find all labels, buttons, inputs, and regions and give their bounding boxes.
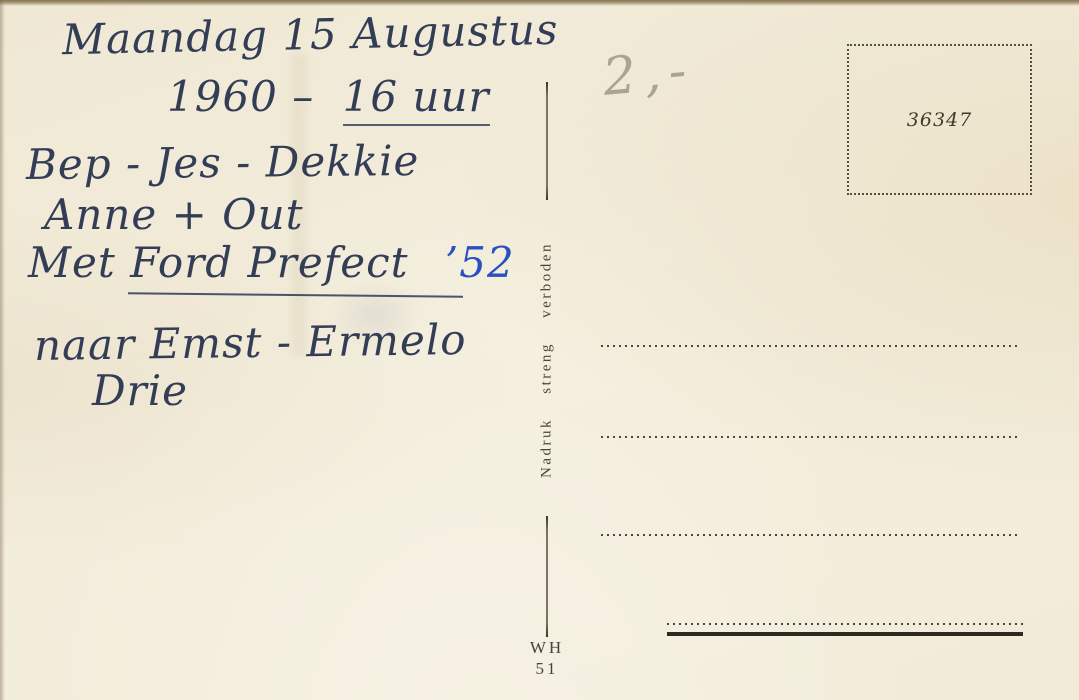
- handwriting-car-text: Met Ford Prefect: [28, 238, 409, 287]
- handwriting-year: 1960 –: [167, 72, 314, 121]
- postcard-back: Maandag 15 Augustus 1960 – 16 uur Bep - …: [0, 0, 1079, 700]
- handwriting-names-line-2: Anne + Out: [44, 192, 304, 238]
- copyright-notice: Nadruk streng verboden: [539, 242, 556, 478]
- handwriting-year-time-line: 1960 – 16 uur: [167, 74, 490, 120]
- pencil-price-note: 2,-: [601, 40, 697, 108]
- address-line-1: [601, 345, 1020, 348]
- handwriting-car-line: Met Ford Prefect ’52: [28, 240, 515, 286]
- divider-bottom-line: [546, 516, 548, 637]
- handwriting-names-line-1: Bep - Jes - Dekkie: [26, 138, 420, 188]
- stamp-box: 36347: [847, 44, 1032, 195]
- handwriting-time-underlined: 16 uur: [343, 72, 490, 126]
- handwriting-destination-line-2: Drie: [92, 368, 188, 414]
- stamp-box-number: 36347: [907, 109, 972, 131]
- handwriting-car-year-blue: ’52: [445, 238, 515, 287]
- handwriting-destination-line: naar Emst - Ermelo: [34, 317, 467, 369]
- address-line-3: [601, 534, 1020, 537]
- publisher-initials: WH: [530, 637, 564, 658]
- postcard-left-edge: [0, 0, 5, 700]
- address-line-2: [601, 436, 1020, 439]
- publisher-number: 51: [530, 658, 564, 679]
- publisher-mark: WH 51: [530, 637, 564, 679]
- handwriting-date-line: Maandag 15 Augustus: [62, 7, 559, 64]
- address-bottom-rule: [667, 632, 1023, 636]
- address-line-4: [667, 623, 1023, 626]
- divider-top-line: [546, 82, 548, 200]
